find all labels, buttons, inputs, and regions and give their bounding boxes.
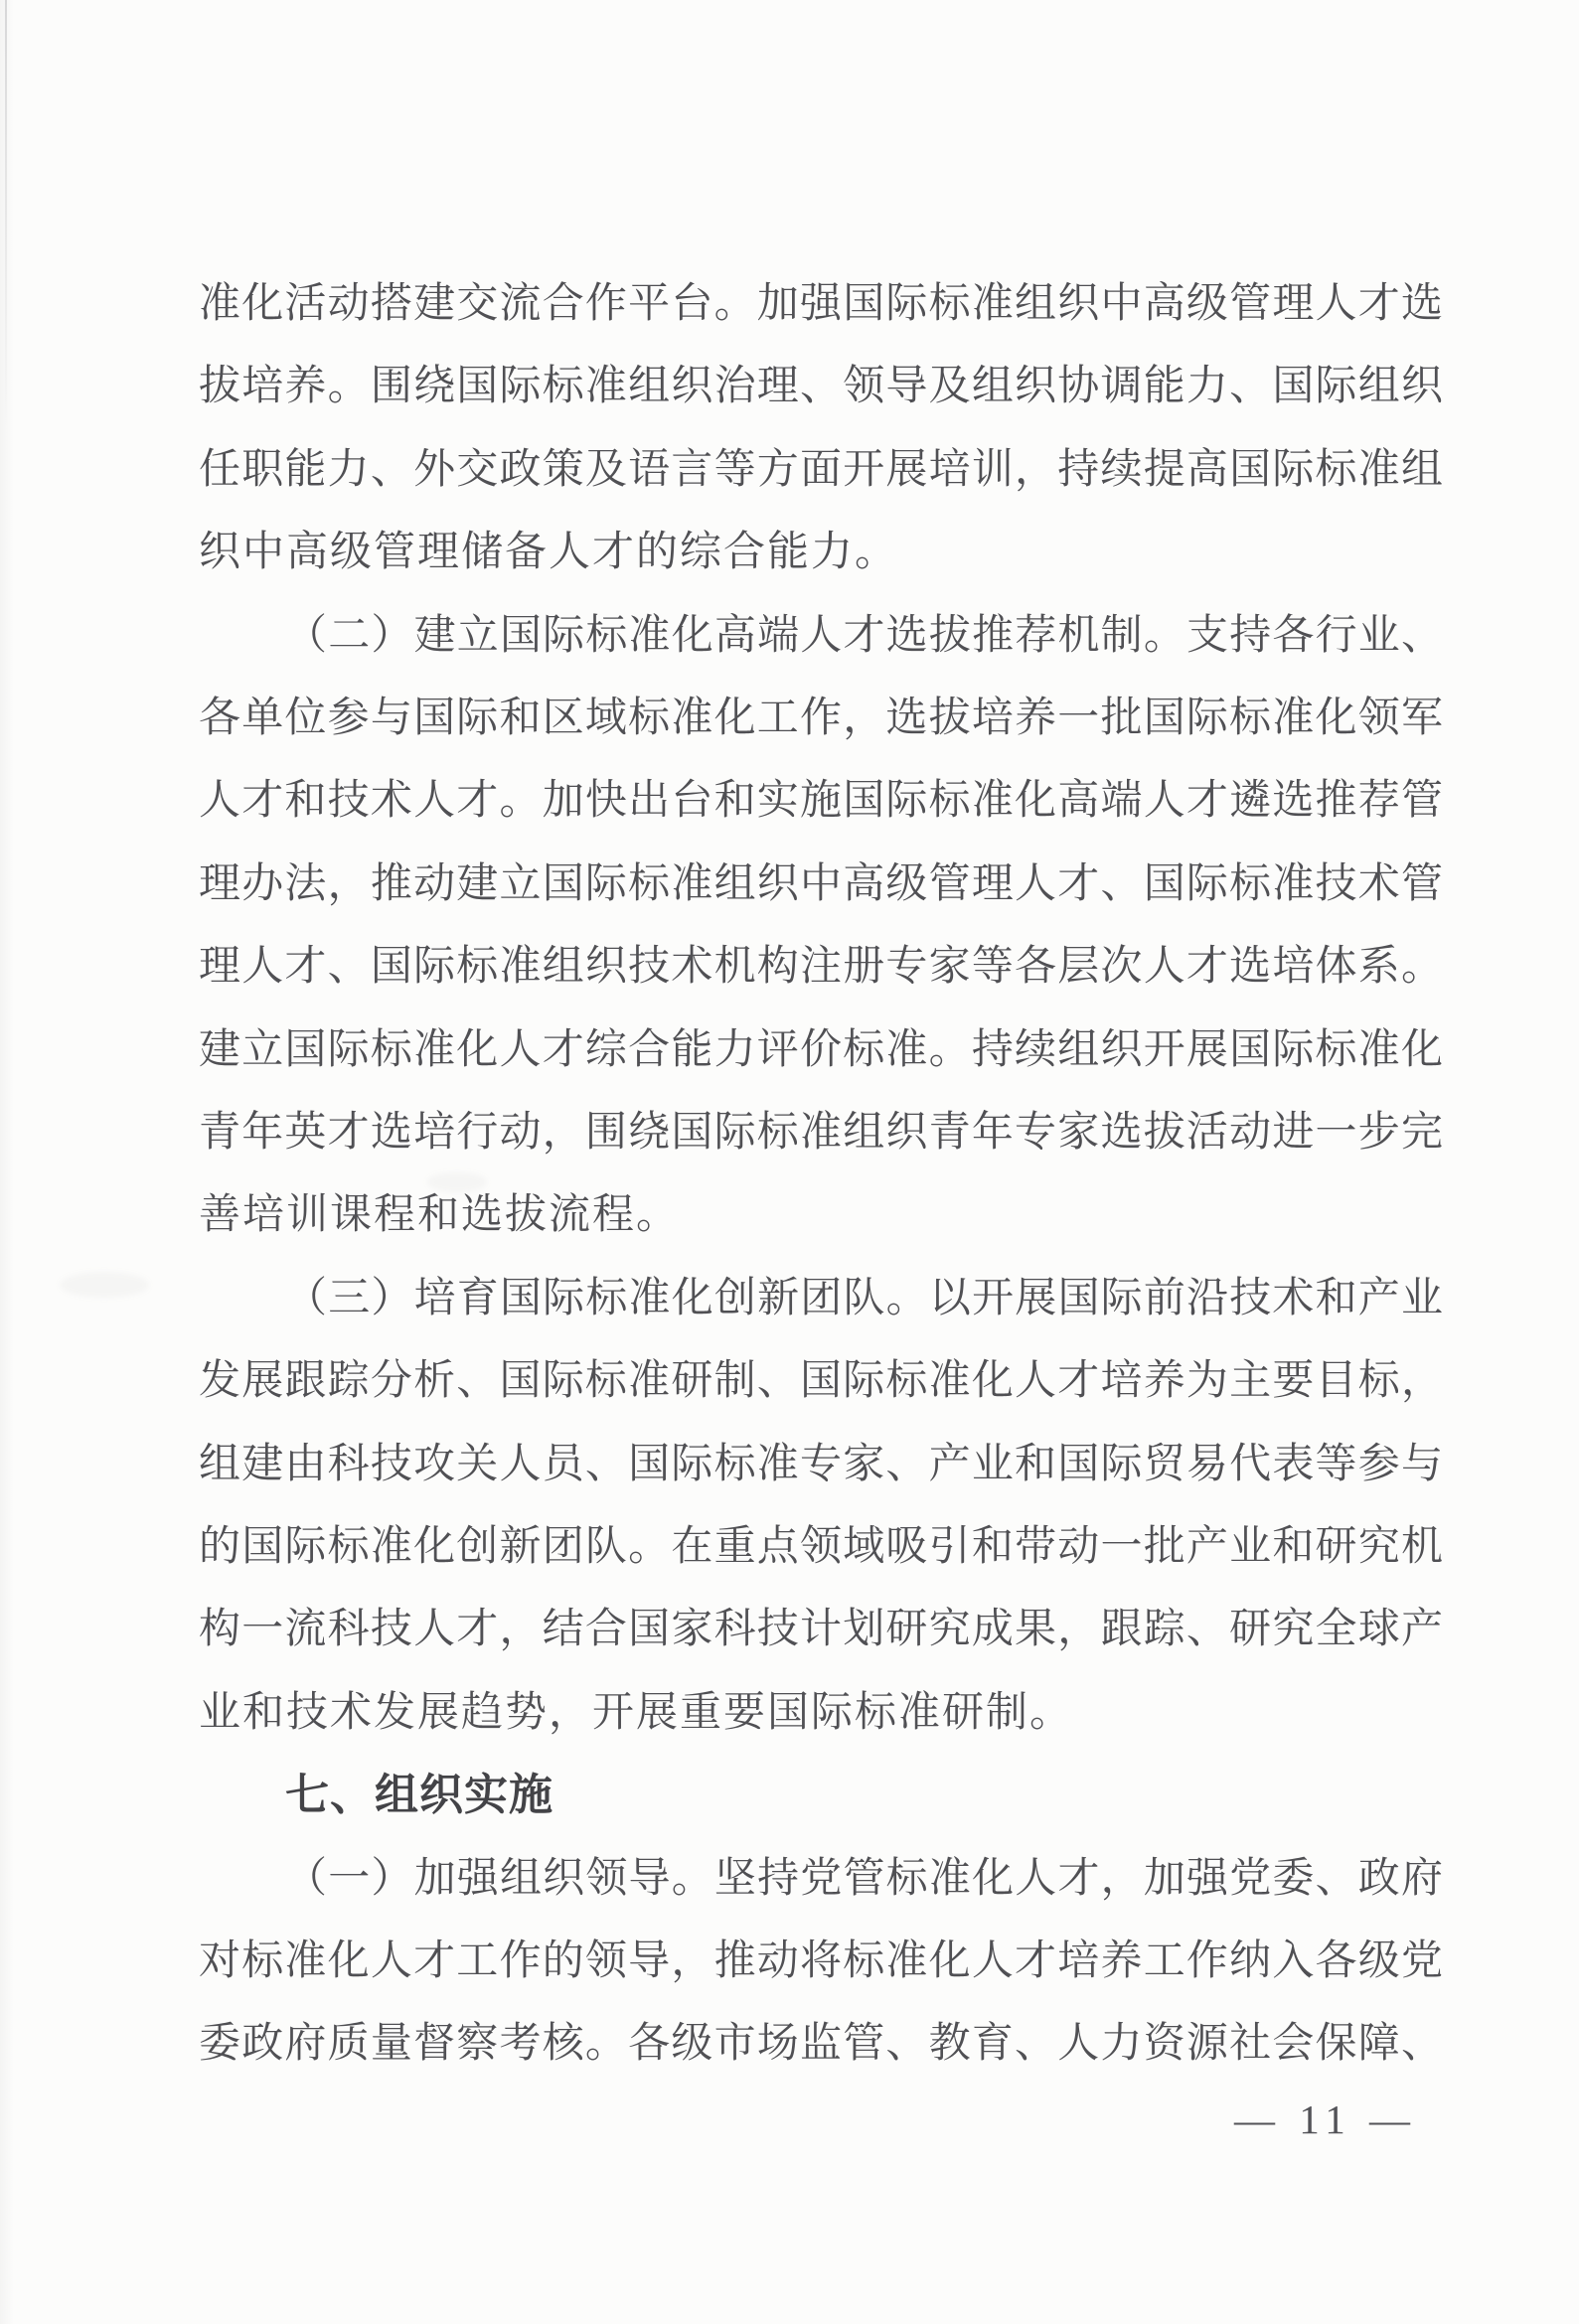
text-line: 的国际标准化创新团队。在重点领域吸引和带动一批产业和研究机: [199, 1522, 1443, 1572]
text-line: 发展跟踪分析、国际标准研制、国际标准化人才培养为主要目标，: [199, 1356, 1443, 1406]
section-heading: 七、组织实施: [285, 1771, 1443, 1820]
text-line: 理办法，推动建立国际标准组织中高级管理人才、国际标准技术管: [199, 859, 1443, 909]
text-line: 善培训课程和选拔流程。: [199, 1190, 1443, 1240]
text-line: 准化活动搭建交流合作平台。加强国际标准组织中高级管理人才选: [199, 279, 1443, 329]
scan-edge-shading: [0, 0, 14, 2324]
text-line: 对标准化人才工作的领导，推动将标准化人才培养工作纳入各级党: [199, 1937, 1443, 1986]
text-line: 任职能力、外交政策及语言等方面开展培训，持续提高国际标准组: [199, 445, 1443, 495]
text-line: 组建由科技攻关人员、国际标准专家、产业和国际贸易代表等参与: [199, 1440, 1443, 1489]
text-line: 织中高级管理储备人才的综合能力。: [199, 528, 1443, 577]
text-line: 人才和技术人才。加快出台和实施国际标准化高端人才遴选推荐管: [199, 776, 1443, 826]
text-line: （一）加强组织领导。坚持党管标准化人才，加强党委、政府: [285, 1854, 1443, 1904]
scan-smudge: [427, 1172, 487, 1192]
text-line: 委政府质量督察考核。各级市场监管、教育、人力资源社会保障、: [199, 2019, 1443, 2069]
text-line: 拔培养。围绕国际标准组织治理、领导及组织协调能力、国际组织: [199, 362, 1443, 411]
text-line: （二）建立国际标准化高端人才选拔推荐机制。支持各行业、: [285, 611, 1443, 661]
text-line: 建立国际标准化人才综合能力评价标准。持续组织开展国际标准化: [199, 1025, 1443, 1075]
page-number: — 11 —: [1234, 2096, 1417, 2142]
text-line: 业和技术发展趋势，开展重要国际标准研制。: [199, 1688, 1443, 1738]
scan-smudge: [60, 1272, 149, 1298]
text-line: 各单位参与国际和区域标准化工作，选拔培养一批国际标准化领军: [199, 694, 1443, 743]
text-line: 构一流科技人才，结合国家科技计划研究成果，跟踪、研究全球产: [199, 1605, 1443, 1654]
text-line: 理人才、国际标准组织技术机构注册专家等各层次人才选培体系。: [199, 942, 1443, 992]
text-line: 青年英才选培行动，围绕国际标准组织青年专家选拔活动进一步完: [199, 1108, 1443, 1158]
text-line: （三）培育国际标准化创新团队。以开展国际前沿技术和产业: [285, 1274, 1443, 1323]
scan-artifact-line: [5, 0, 7, 427]
document-page: 准化活动搭建交流合作平台。加强国际标准组织中高级管理人才选拔培养。围绕国际标准组…: [0, 0, 1579, 2324]
